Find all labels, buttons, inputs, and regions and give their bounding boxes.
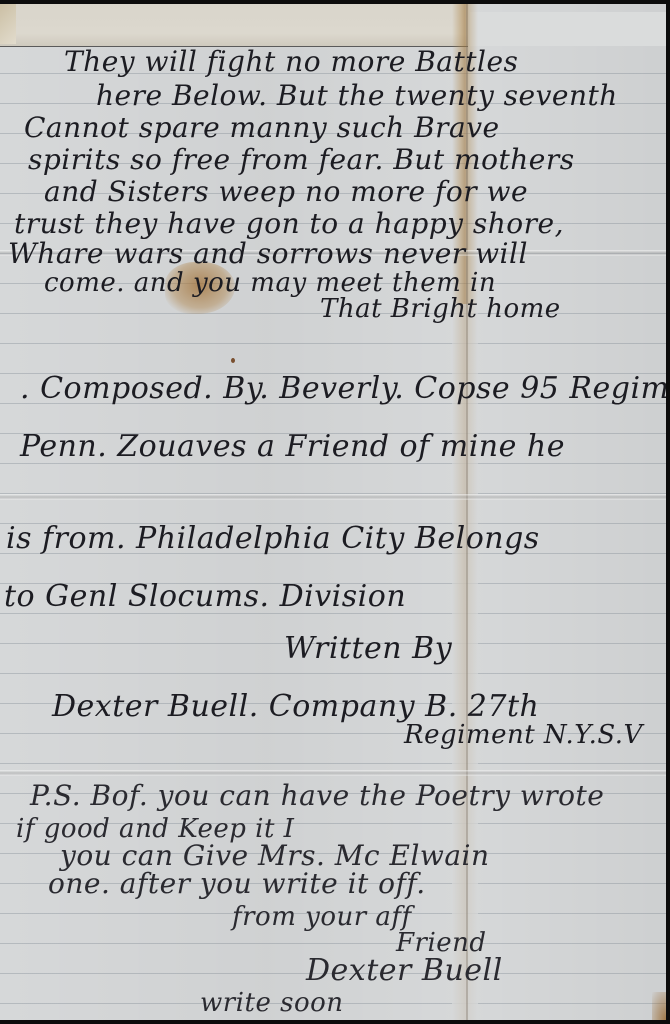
horizontal-fold-crease	[0, 494, 666, 500]
poem-line: here Below. But the twenty seventh	[96, 82, 618, 110]
letter-page: They will fight no more Battles here Bel…	[0, 4, 666, 1020]
fold-stain-fade	[452, 304, 478, 1020]
poem-line: spirits so free from fear. But mothers	[28, 146, 575, 174]
postscript-line: you can Give Mrs. Mc Elwain	[60, 842, 490, 870]
poem-line: come. and you may meet them in	[44, 270, 496, 296]
top-margin-right	[470, 12, 666, 46]
poem-line: trust they have gon to a happy shore,	[14, 210, 564, 238]
poem-line: Whare wars and sorrows never will	[8, 240, 528, 268]
author-name-line: Dexter Buell. Company B. 27th	[52, 692, 539, 722]
poem-line: Cannot spare manny such Brave	[24, 114, 500, 142]
closing-from: from your aff	[232, 904, 412, 930]
poem-line: They will fight no more Battles	[64, 48, 518, 76]
written-by-label: Written By	[284, 634, 452, 664]
closing-footer: write soon	[200, 990, 344, 1016]
postscript-line: one. after you write it off.	[48, 870, 426, 898]
horizontal-fold-crease	[0, 770, 666, 776]
torn-corner	[0, 4, 16, 44]
signature: Dexter Buell	[306, 956, 503, 986]
attribution-line: . Composed. By. Beverly. Copse 95 Regime…	[20, 374, 666, 404]
ink-spot	[231, 358, 235, 363]
poem-line: That Bright home	[320, 296, 561, 322]
poem-line: and Sisters weep no more for we	[44, 178, 528, 206]
corner-stain	[652, 992, 666, 1020]
folded-top-strip	[0, 4, 468, 47]
attribution-line: Penn. Zouaves a Friend of mine he	[20, 432, 565, 462]
attribution-line: is from. Philadelphia City Belongs	[6, 524, 540, 554]
postscript-line: P.S. Bof. you can have the Poetry wrote	[30, 782, 604, 810]
regiment-line: Regiment N.Y.S.V	[404, 722, 643, 748]
attribution-line: to Genl Slocums. Division	[4, 582, 406, 612]
